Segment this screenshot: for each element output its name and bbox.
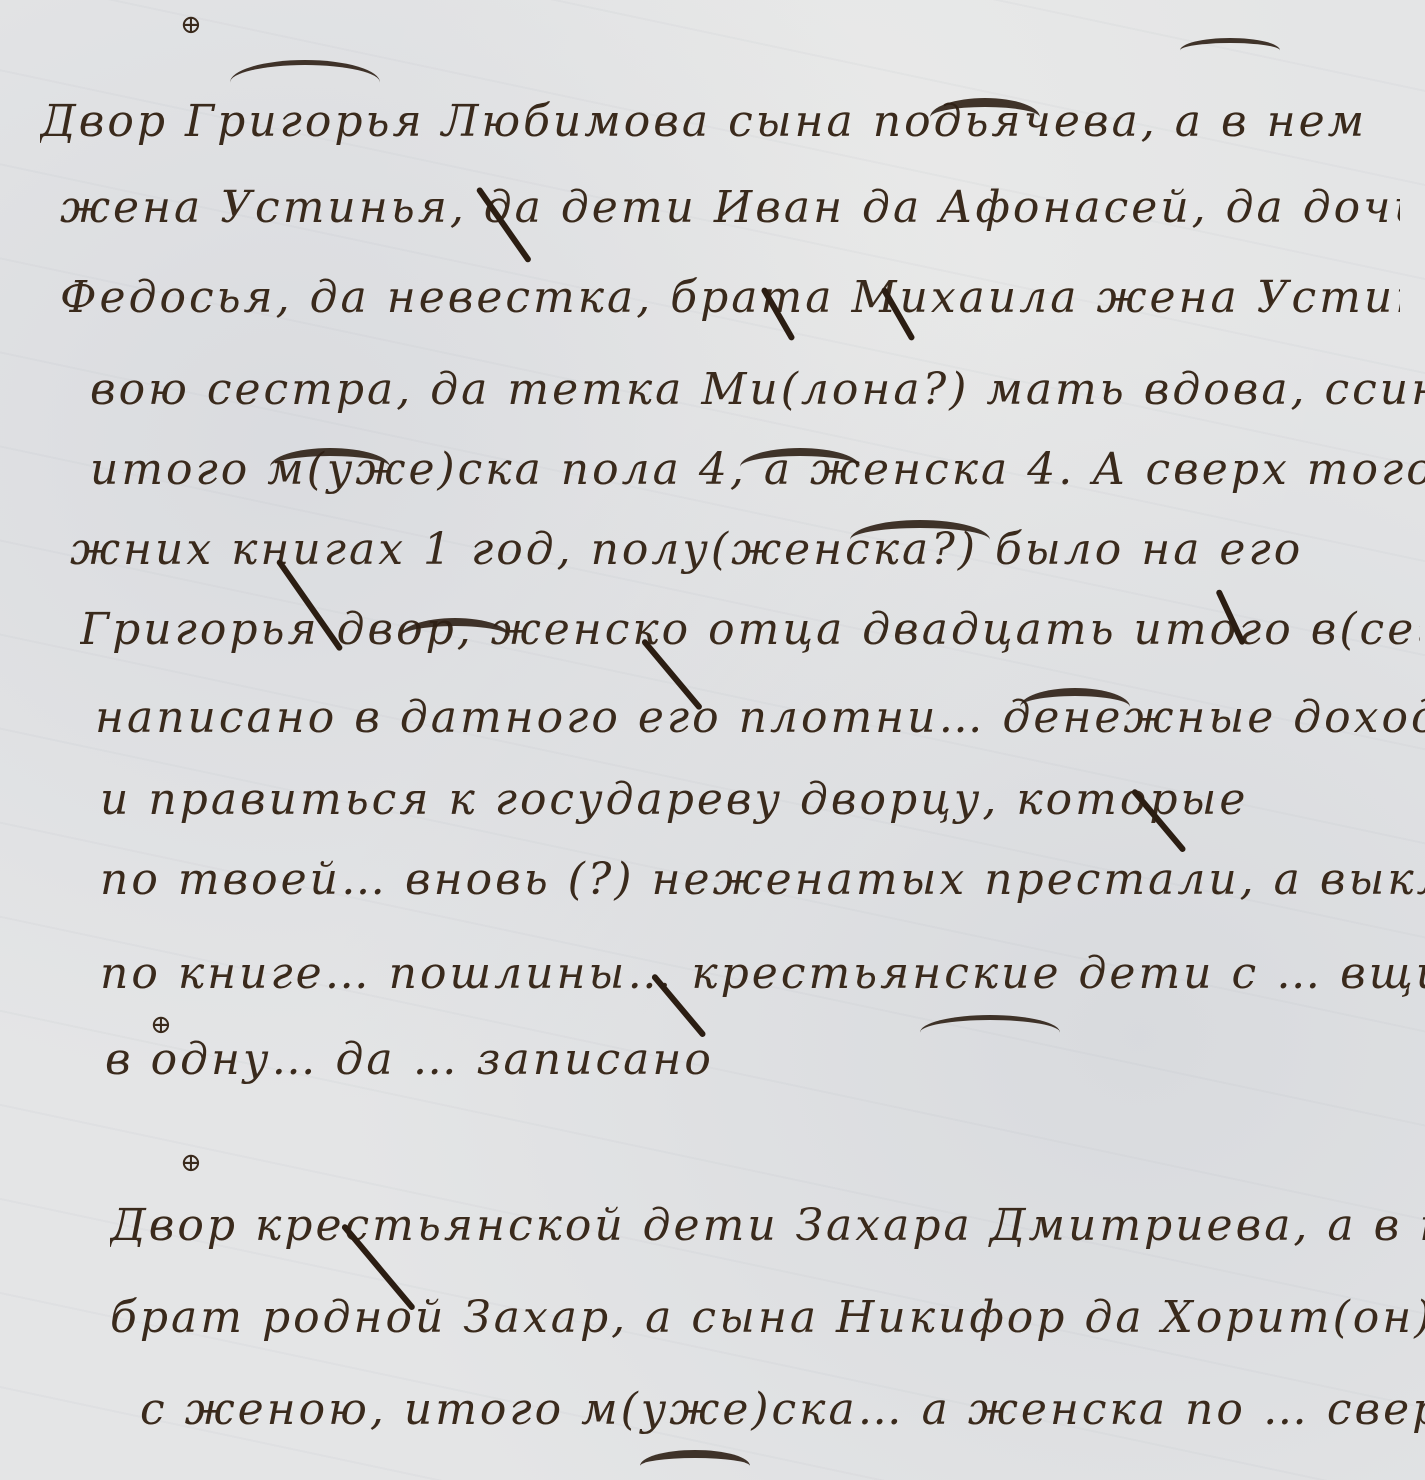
superscript-cross-mark: ⊕ bbox=[180, 1148, 202, 1178]
titlo-flourish bbox=[1180, 38, 1280, 63]
titlo-flourish bbox=[850, 520, 990, 560]
manuscript-line: с женою, итого м(уже)ска… а женска по … … bbox=[140, 1380, 1425, 1440]
titlo-flourish bbox=[740, 448, 860, 486]
titlo-flourish bbox=[1020, 688, 1130, 726]
manuscript-line: по книге… пошлины… крестьянские дети с …… bbox=[100, 944, 1425, 1004]
superscript-cross-mark: ⊕ bbox=[150, 1010, 172, 1040]
manuscript-line: Двор крестьянской дети Захара Дмитриева,… bbox=[110, 1196, 1425, 1256]
manuscript-line: Федосья, да невестка, брата Михаила жена… bbox=[60, 268, 1400, 328]
manuscript-line: жних книгах 1 год, полу(женска?) было на… bbox=[70, 520, 1410, 580]
manuscript-page: Двор Григорья Любимова сына подьячева, а… bbox=[0, 0, 1425, 1480]
manuscript-line: и правиться к государеву дворцу, которые bbox=[100, 770, 1425, 830]
manuscript-line: Григорья двор, женско отца двадцать итог… bbox=[80, 600, 1420, 660]
manuscript-line: брат родной Захар, а сына Никифор да Хор… bbox=[110, 1288, 1425, 1348]
manuscript-line: в одну… да … записано bbox=[105, 1030, 1425, 1090]
titlo-flourish bbox=[270, 448, 390, 486]
manuscript-line: по твоей… вновь (?) неженатых престали, … bbox=[100, 850, 1425, 910]
titlo-flourish bbox=[930, 98, 1040, 137]
manuscript-line: написано в датного его плотни… денежные … bbox=[95, 688, 1425, 748]
titlo-flourish bbox=[230, 60, 380, 105]
titlo-flourish bbox=[920, 1015, 1060, 1050]
titlo-flourish bbox=[400, 618, 510, 656]
manuscript-line: жена Устинья, да дети Иван да Афонасей, … bbox=[60, 178, 1400, 238]
titlo-flourish bbox=[640, 1450, 750, 1480]
superscript-cross-mark: ⊕ bbox=[180, 10, 202, 40]
manuscript-line: вою сестра, да тетка Ми(лона?) мать вдов… bbox=[90, 360, 1425, 420]
